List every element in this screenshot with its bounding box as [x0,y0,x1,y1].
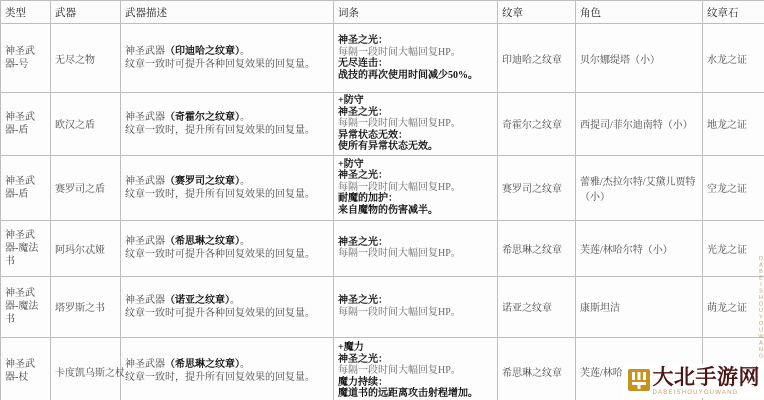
cell-emblem: 印迪哈之纹章 [498,24,576,93]
cell-stone: 水龙之证 [703,24,764,93]
cell-type: 神圣武器-号 [1,24,51,93]
weapon-name: 卡度凯乌斯之杖 [55,368,125,379]
watermark-site-name: 大北手游网 [653,367,761,389]
cell-description: 神圣武器（诺亚之纹章）。纹章一致时可提升各种回复效果的回复量。 [121,276,334,337]
entry-line: 神圣之光： [338,35,493,47]
cell-emblem: 希思琳之纹章 [498,337,576,400]
cell-weapon: 卡度凯乌斯之杖 [51,337,121,400]
table-row: 神圣武器-号无尽之物神圣武器（印迪哈之纹章）。纹章一致时可提升各种回复效果的回复… [1,24,764,93]
entry-line: 无尽连击： [338,58,493,70]
cell-description: 神圣武器（赛罗司之纹章）。纹章一致时，提升所有回复效果的回复量。 [121,155,334,220]
cell-description: 神圣武器（希思琳之纹章）。纹章一致时可提升各种回复效果的回复量。 [121,220,334,276]
entry-line: 每隔一段时间大幅回复HP。 [338,47,493,59]
entry-line: 神圣之光： [338,237,493,249]
cell-weapon: 塔罗斯之书 [51,276,121,337]
cell-stone: 光龙之证 [703,220,764,276]
cell-entries: +防守神圣之光：每隔一段时间大幅回复HP。异常状态无效：使所有异常状态无效。 [334,93,498,156]
entry-line: 神圣之光： [338,107,493,119]
weapon-name: 欧汉之盾 [55,120,95,131]
entry-line: 神圣之光： [338,354,493,366]
cell-emblem: 希思琳之纹章 [498,220,576,276]
entry-line: 每隔一段时间大幅回复HP。 [338,307,493,319]
table-body: 神圣武器-号无尽之物神圣武器（印迪哈之纹章）。纹章一致时可提升各种回复效果的回复… [1,24,764,400]
cell-stone: 地龙之证 [703,93,764,156]
cell-weapon: 赛罗司之盾 [51,155,121,220]
entry-line: 使所有异常状态无效。 [338,141,493,153]
weapon-name: 赛罗司之盾 [55,184,105,195]
entry-line: 来自魔物的伤害减半。 [338,205,493,217]
entry-line: 魔道书的远距离攻击射程增加。 [338,388,493,400]
cell-entries: +防守神圣之光：每隔一段时间大幅回复HP。耐魔的加护：来自魔物的伤害减半。 [334,155,498,220]
table-row: 神圣武器-盾欧汉之盾神圣武器（奇霍尔之纹章）。纹章一致时，提升所有回复效果的回复… [1,93,764,156]
cell-entries: 神圣之光：每隔一段时间大幅回复HP。 [334,220,498,276]
cell-character: 蕾雅/杰拉尔特/艾黛儿贾特（小） [576,155,703,220]
cell-description: 神圣武器（奇霍尔之纹章）。纹章一致时，提升所有回复效果的回复量。 [121,93,334,156]
cell-description: 神圣武器（希思琳之纹章）。纹章一致时，提升所有回复效果的回复量。 [121,337,334,400]
entry-line: 神圣之光： [338,170,493,182]
cell-weapon: 无尽之物 [51,24,121,93]
cell-character: 贝尔娜缇塔（小） [576,24,703,93]
cell-entries: 神圣之光：每隔一段时间大幅回复HP。 [334,276,498,337]
entry-line: 每隔一段时间大幅回复HP。 [338,118,493,130]
weapon-name: 塔罗斯之书 [55,303,105,314]
cell-entries: 神圣之光：每隔一段时间大幅回复HP。无尽连击：战技的再次使用时间减少50%。 [334,24,498,93]
table-row: 神圣武器-魔法书阿玛尔忒娅神圣武器（希思琳之纹章）。纹章一致时可提升各种回复效果… [1,220,764,276]
column-header: 纹章 [498,1,576,24]
cell-character: 芙莲/林哈尔特（小） [576,220,703,276]
cell-type: 神圣武器-魔法书 [1,220,51,276]
entry-line: 耐魔的加护： [338,193,493,205]
column-header: 角色 [576,1,703,24]
cell-type: 神圣武器-魔法书 [1,276,51,337]
weapons-table: 类型武器武器描述词条纹章角色纹章石 神圣武器-号无尽之物神圣武器（印迪哈之纹章）… [0,0,764,400]
entry-line: 魔力持续： [338,377,493,389]
cell-type: 神圣武器-杖 [1,337,51,400]
weapon-name: 阿玛尔忒娅 [55,245,105,256]
cell-weapon: 阿玛尔忒娅 [51,220,121,276]
cell-type: 神圣武器-盾 [1,155,51,220]
cell-entries: +魔力神圣之光：每隔一段时间大幅回复HP。魔力持续：魔道书的远距离攻击射程增加。 [334,337,498,400]
column-header: 武器 [51,1,121,24]
entry-line: 每隔一段时间大幅回复HP。 [338,248,493,260]
column-header: 武器描述 [121,1,334,24]
entry-line: 异常状态无效： [338,130,493,142]
entry-line: 每隔一段时间大幅回复HP。 [338,182,493,194]
cell-type: 神圣武器-盾 [1,93,51,156]
cell-stone: 萌龙之证 [703,276,764,337]
cell-emblem: 奇霍尔之纹章 [498,93,576,156]
weapon-name: 无尽之物 [55,55,95,66]
watermark-vertical-text: DABEISHOUYOUWANG [758,256,764,360]
header-row: 类型武器武器描述词条纹章角色纹章石 [1,1,764,24]
cell-description: 神圣武器（印迪哈之纹章）。纹章一致时可提升各种回复效果的回复量。 [121,24,334,93]
entry-line: 神圣之光： [338,295,493,307]
column-header: 纹章石 [703,1,764,24]
site-watermark: 大北手游网 DABEISHOUYOUWANG [622,364,764,398]
entry-line: 每隔一段时间大幅回复HP。 [338,365,493,377]
cell-character: 康斯坦洁 [576,276,703,337]
cell-weapon: 欧汉之盾 [51,93,121,156]
cell-character: 西提司/菲尔迪南特（小） [576,93,703,156]
column-header: 词条 [334,1,498,24]
table-row: 神圣武器-盾赛罗司之盾神圣武器（赛罗司之纹章）。纹章一致时，提升所有回复效果的回… [1,155,764,220]
cell-emblem: 诺亚之纹章 [498,276,576,337]
column-header: 类型 [1,1,51,24]
entry-line: +防守 [338,159,493,171]
entry-line: +防守 [338,95,493,107]
cell-emblem: 赛罗司之纹章 [498,155,576,220]
entry-line: 战技的再次使用时间减少50%。 [338,70,493,82]
watermark-site-name-latin: DABEISHOUYOUWANG [653,390,739,396]
dabei-logo-icon [628,369,650,391]
entry-line: +魔力 [338,342,493,354]
table-row: 神圣武器-魔法书塔罗斯之书神圣武器（诺亚之纹章）。纹章一致时可提升各种回复效果的… [1,276,764,337]
cell-stone: 空龙之证 [703,155,764,220]
